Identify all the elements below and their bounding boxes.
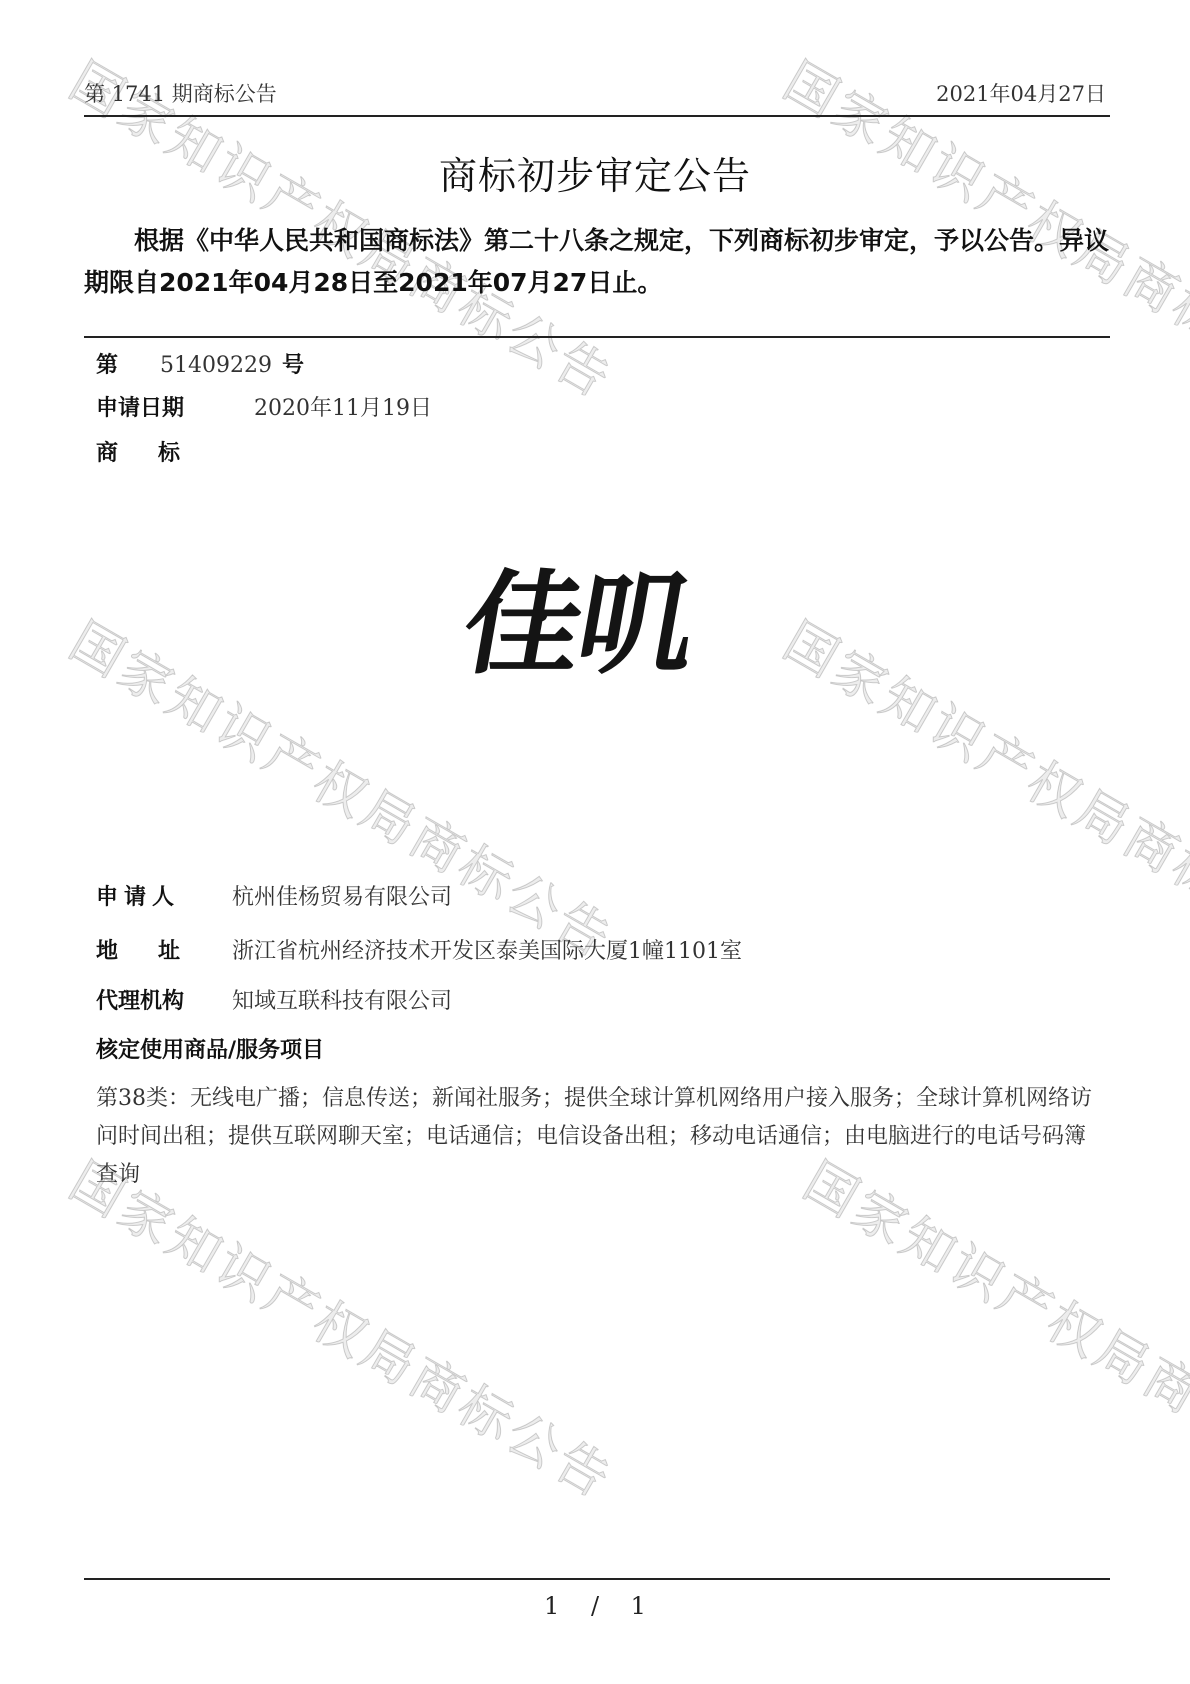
page-number: 1 / 1: [0, 1592, 1190, 1620]
address-value: 浙江省杭州经济技术开发区泰美国际大厦1幢1101室: [232, 934, 742, 965]
applicant-name: 杭州佳杨贸易有限公司: [232, 880, 452, 911]
application-date-label: 申请日期: [96, 391, 254, 422]
watermark: 国家知识产权局商标公告: [59, 1140, 630, 1513]
intro-paragraph: 根据《中华人民共和国商标法》第二十八条之规定，下列商标初步审定，予以公告。异议期…: [84, 220, 1110, 304]
agent-name: 知域互联科技有限公司: [232, 984, 452, 1015]
address-label: 地址: [96, 934, 232, 965]
issue-date: 2021年04月27日: [936, 78, 1106, 108]
trademark-label: 商标: [96, 436, 220, 467]
agent-row: 代理机构知域互联科技有限公司: [96, 984, 452, 1015]
header-divider: [84, 115, 1110, 117]
trademark-announcement-page: 国家知识产权局商标公告 国家知识产权局商标公告 国家知识产权局商标公告 国家知识…: [0, 0, 1190, 1684]
goods-services-heading: 核定使用商品/服务项目: [96, 1033, 324, 1064]
trademark-logo-text: 佳叽: [454, 565, 702, 685]
application-date: 2020年11月19日: [254, 391, 432, 422]
page-title: 商标初步审定公告: [0, 145, 1190, 200]
watermark: 国家知识产权局商标公告: [773, 600, 1190, 973]
section-divider: [84, 336, 1110, 338]
watermark: 国家知识产权局商标公告: [793, 1140, 1190, 1513]
goods-services-heading-row: 核定使用商品/服务项目: [96, 1033, 324, 1064]
footer-divider: [84, 1578, 1110, 1580]
registration-number: 51409229: [160, 353, 282, 378]
address-row: 地址浙江省杭州经济技术开发区泰美国际大厦1幢1101室: [96, 934, 742, 965]
trademark-row: 商标: [96, 436, 220, 467]
trademark-logo: 佳叽: [470, 565, 750, 685]
registration-number-suffix: 号: [282, 353, 304, 378]
agent-label: 代理机构: [96, 984, 232, 1015]
registration-number-label: 第: [96, 348, 160, 379]
application-date-row: 申请日期2020年11月19日: [96, 391, 432, 422]
goods-services-list: 第38类：无线电广播；信息传送；新闻社服务；提供全球计算机网络用户接入服务；全球…: [96, 1080, 1098, 1194]
applicant-row: 申请人杭州佳杨贸易有限公司: [96, 880, 452, 911]
applicant-label: 申请人: [96, 880, 232, 911]
issue-number: 第 1741 期商标公告: [84, 78, 277, 108]
registration-number-row: 第51409229号: [96, 348, 304, 379]
